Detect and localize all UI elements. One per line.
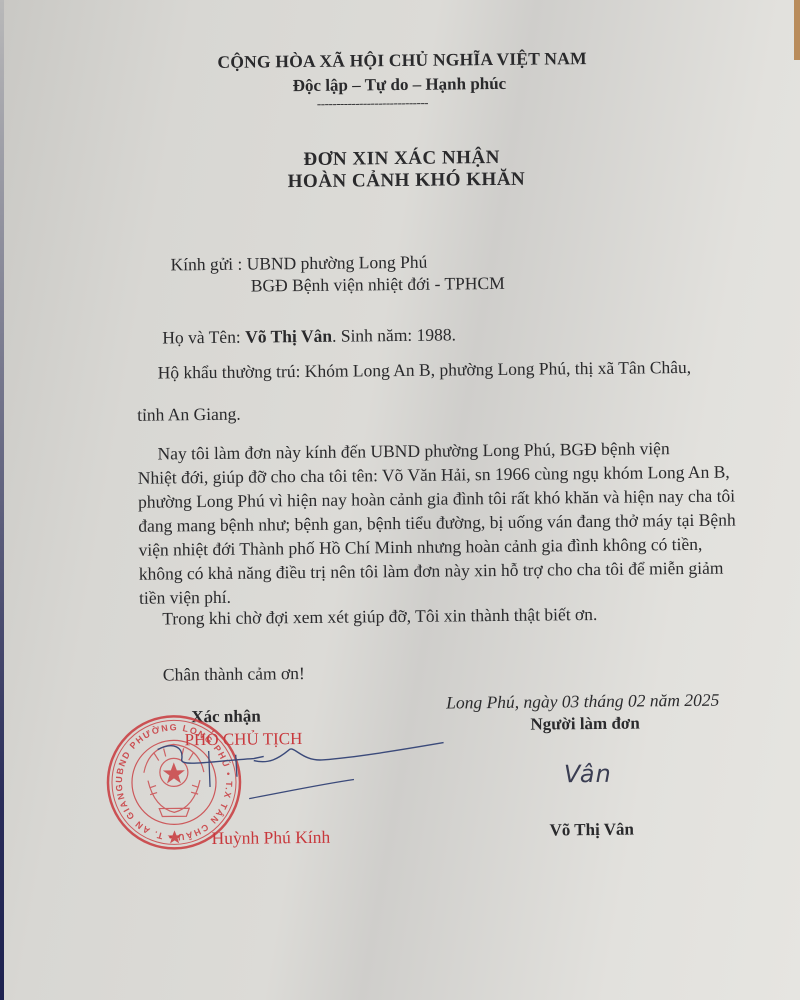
recipient-line-1: Kính gửi : UBND phường Long Phú bbox=[170, 252, 427, 276]
header-divider: ----------------------------- bbox=[317, 95, 428, 112]
applicant-line: Họ và Tên: Võ Thị Vân. Sinh năm: 1988. bbox=[162, 324, 456, 348]
thanks-line: Chân thành cảm ơn! bbox=[163, 663, 305, 685]
national-header: CỘNG HÒA XÃ HỘI CHỦ NGHĨA VIỆT NAM bbox=[217, 48, 587, 73]
place-date: Long Phú, ngày 03 tháng 02 năm 2025 bbox=[446, 690, 719, 714]
applicant-printed-name: Võ Thị Vân bbox=[549, 820, 634, 841]
residence-line-2: tỉnh An Giang. bbox=[137, 404, 241, 426]
recipient-first: UBND phường Long Phú bbox=[247, 252, 428, 274]
applicant-name: Võ Thị Vân bbox=[245, 326, 332, 347]
national-motto: Độc lập – Tự do – Hạnh phúc bbox=[293, 74, 507, 96]
body-line-2: Nhiệt đới, giúp đỡ cho cha tôi tên: Võ V… bbox=[138, 462, 730, 489]
body-line-6: không có khả năng điều trị nên tôi làm đ… bbox=[139, 558, 724, 585]
document-page: CỘNG HÒA XÃ HỘI CHỦ NGHĨA VIỆT NAM Độc l… bbox=[0, 0, 800, 1000]
body-line-3: phường Long Phú vì hiện nay hoàn cảnh gi… bbox=[138, 485, 735, 512]
body-line-4: đang mang bệnh như; bệnh gan, bệnh tiểu … bbox=[138, 509, 736, 536]
document-title-line2: HOÀN CẢNH KHÓ KHĂN bbox=[288, 169, 526, 193]
document-title-line1: ĐƠN XIN XÁC NHẬN bbox=[303, 147, 500, 171]
closing-request: Trong khi chờ đợi xem xét giúp đỡ, Tôi x… bbox=[162, 604, 597, 630]
body-line-7: tiền viện phí. bbox=[139, 587, 231, 609]
applicant-label: Người làm đơn bbox=[530, 714, 640, 735]
official-signature bbox=[154, 734, 455, 807]
body-line-5: viện nhiệt đới Thành phố Hồ Chí Minh như… bbox=[138, 534, 702, 561]
body-line-1: Nay tôi làm đơn này kính đến UBND phường… bbox=[157, 438, 669, 464]
recipient-label: Kính gửi : bbox=[170, 254, 246, 275]
applicant-handwritten-signature: Vân bbox=[564, 760, 612, 788]
recipient-second: BGĐ Bệnh viện nhiệt đới - TPHCM bbox=[251, 273, 505, 297]
name-label: Họ và Tên: bbox=[162, 327, 245, 348]
birth-year: . Sinh năm: 1988. bbox=[332, 324, 456, 345]
residence-line-1: Hộ khẩu thường trú: Khóm Long An B, phườ… bbox=[158, 357, 692, 384]
